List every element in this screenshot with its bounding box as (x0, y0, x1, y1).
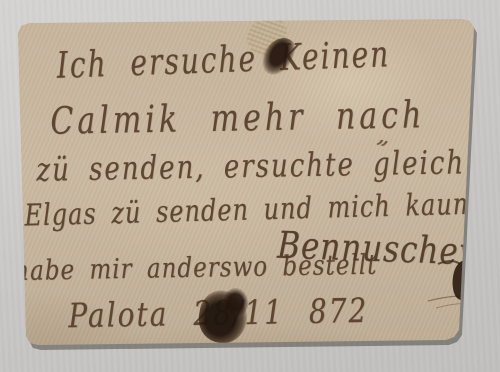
handwriting-line-4: Elgas zü senden und mich kaum (24, 186, 477, 233)
handwriting-line-1: Ich ersuche Keinen (56, 32, 391, 87)
handwriting-line-5: habe mir anderswo bestellt (14, 250, 378, 288)
photo-backdrop: Ich ersuche Keinen Calmik mehr nach „ zü… (0, 0, 500, 372)
handwriting-line-2: Calmik mehr nach (50, 93, 426, 143)
handwriting-line-3: zü senden, ersuchte gleich (36, 145, 465, 190)
postcard: Ich ersuche Keinen Calmik mehr nach „ zü… (0, 0, 500, 372)
